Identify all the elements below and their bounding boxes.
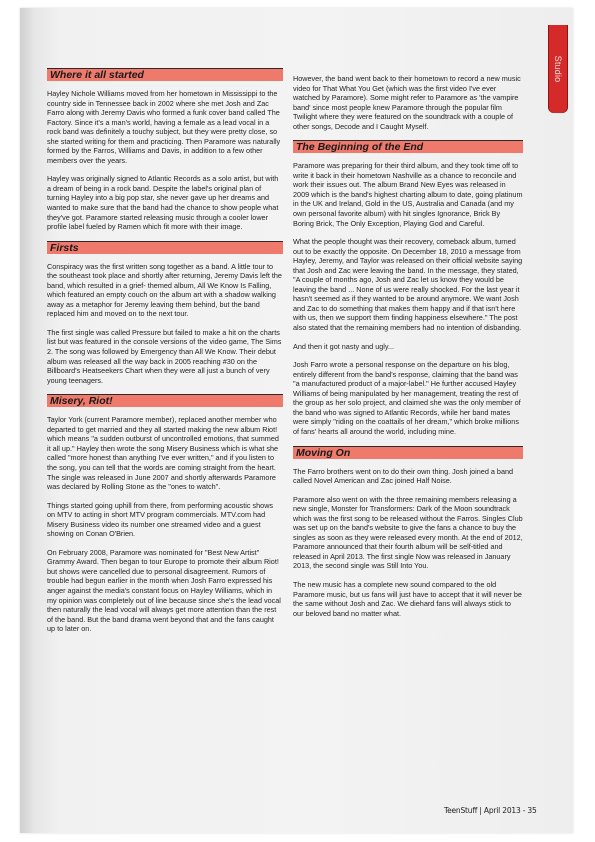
paragraph: Paramore was preparing for their third a… [293, 161, 523, 228]
heading-where-it-all-started: Where it all started [47, 68, 283, 81]
paragraph: The new music has a complete new sound c… [293, 580, 523, 618]
paragraph: On February 2008, Paramore was nominated… [47, 548, 283, 634]
left-column: Where it all started Hayley Nichole Will… [47, 66, 283, 643]
paragraph: Hayley Nichole Williams moved from her h… [47, 89, 283, 165]
paragraph: The first single was called Pressure but… [47, 328, 283, 385]
page-footer: TeenStuff | April 2013 - 35 [444, 806, 537, 815]
heading-moving-on: Moving On [293, 446, 523, 459]
heading-firsts: Firsts [47, 241, 283, 254]
paragraph: However, the band went back to their hom… [293, 74, 523, 131]
heading-beginning-of-the-end: The Beginning of the End [293, 140, 523, 153]
heading-misery-riot: Misery, Riot! [47, 394, 283, 407]
paragraph: Taylor York (current Paramore member), r… [47, 415, 283, 491]
section-tab-studio: Studio [548, 25, 568, 113]
paragraph: Things started going uphill from there, … [47, 501, 283, 539]
paragraph: Paramore also went on with the three rem… [293, 495, 523, 571]
paragraph: Josh Farro wrote a personal response on … [293, 360, 523, 436]
right-column: However, the band went back to their hom… [293, 66, 523, 627]
paragraph: Conspiracy was the first written song to… [47, 262, 283, 319]
paragraph: And then it got nasty and ugly... [293, 342, 523, 352]
paragraph: Hayley was originally signed to Atlantic… [47, 174, 283, 231]
section-tab-label: Studio [553, 56, 563, 83]
paragraph: What the people thought was their recove… [293, 237, 523, 332]
paragraph: The Farro brothers went on to do their o… [293, 467, 523, 486]
